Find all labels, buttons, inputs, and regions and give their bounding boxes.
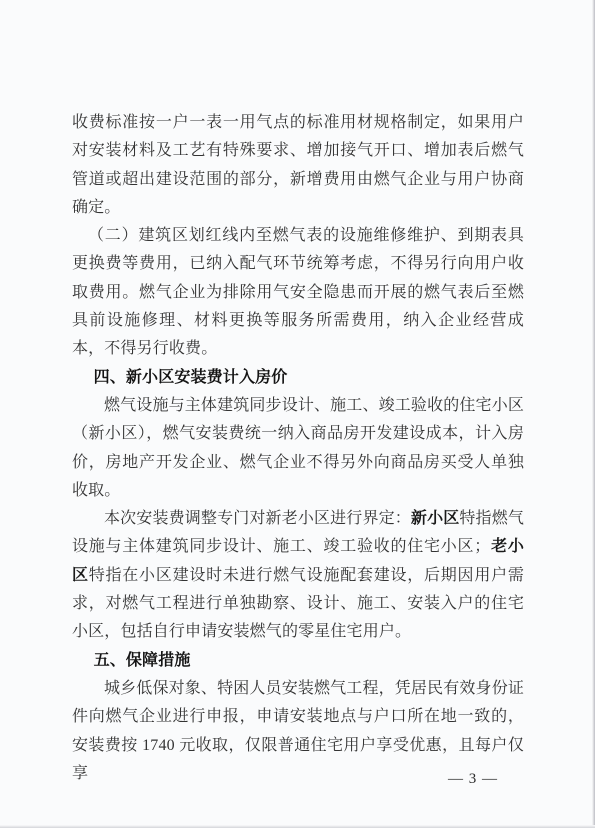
paragraph-new-community-policy: 燃气设施与主体建筑同步设计、施工、竣工验收的住宅小区（新小区），燃气安装费统一纳… bbox=[72, 392, 524, 505]
definition-old-community-text: 特指在小区建设时未进行燃气设施配套建设，后期因用户需求，对燃气工程进行单独勘察、… bbox=[72, 567, 524, 641]
definition-intro-text: 本次安装费调整专门对新老小区进行界定： bbox=[104, 510, 411, 527]
paragraph-fee-standard-continuation: 收费标准按一户一表一用气点的标准用材规格制定，如果用户对安装材料及工艺有特殊要求… bbox=[72, 109, 524, 222]
document-body: 收费标准按一户一表一用气点的标准用材规格制定，如果用户对安装材料及工艺有特殊要求… bbox=[72, 109, 524, 788]
paragraph-item-2-maintenance-fees: （二）建筑区划红线内至燃气表的设施维修维护、到期表具更换费等费用，已纳入配气环节… bbox=[72, 222, 524, 363]
term-new-community: 新小区 bbox=[411, 510, 459, 527]
page-number: — 3 — bbox=[448, 770, 548, 788]
section-heading-5-safeguard-measures: 五、保障措施 bbox=[72, 647, 524, 675]
scanned-document-page: 收费标准按一户一表一用气点的标准用材规格制定，如果用户对安装材料及工艺有特殊要求… bbox=[0, 0, 595, 828]
paragraph-community-definitions: 本次安装费调整专门对新老小区进行界定：新小区特指燃气设施与主体建筑同步设计、施工… bbox=[72, 505, 524, 646]
section-heading-4-new-community-fee: 四、新小区安装费计入房价 bbox=[72, 364, 524, 392]
